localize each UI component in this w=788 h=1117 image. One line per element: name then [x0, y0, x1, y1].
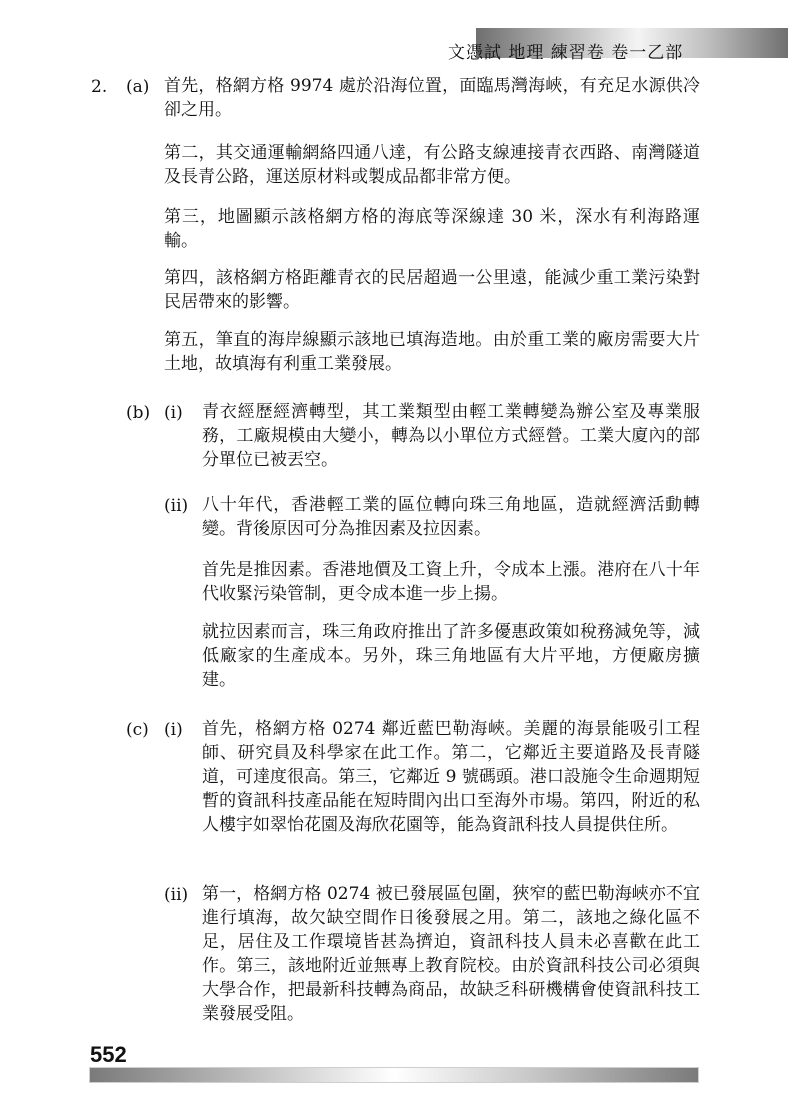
answer-a-paragraph-3: 第三，地圖顯示該格網方格的海底等深線達 30 米，深水有利海路運輸。 [164, 205, 700, 253]
answer-c-ii-paragraph-1: 第一，格網方格 0274 被已發展區包圍，狹窄的藍巴勒海峽亦不宜進行填海，故欠缺… [202, 882, 700, 1026]
answer-a-paragraph-2: 第二，其交通運輸網絡四通八達，有公路支線連接青衣西路、南灣隧道及長青公路，運送原… [164, 141, 700, 189]
answer-b-ii-paragraph-1: 八十年代，香港輕工業的區位轉向珠三角地區，造就經濟活動轉變。背後原因可分為推因素… [202, 493, 700, 541]
answer-b-ii-paragraph-3: 就拉因素而言，珠三角政府推出了許多優惠政策如稅務減免等，減低廠家的生產成本。另外… [202, 620, 700, 692]
part-label-c: (c) [126, 720, 149, 740]
part-label-a: (a) [126, 77, 149, 97]
subpart-label-b-ii: (ii) [164, 496, 188, 516]
answer-b-ii-paragraph-2: 首先是推因素。香港地價及工資上升，令成本上漲。港府在八十年代收緊污染管制，更令成… [202, 558, 700, 606]
answer-b-i-paragraph-1: 青衣經歷經濟轉型，其工業類型由輕工業轉變為辦公室及專業服務，工廠規模由大變小，轉… [202, 400, 700, 472]
answer-a-paragraph-4: 第四，該格網方格距離青衣的民居超過一公里遠，能減少重工業污染對民居帶來的影響。 [164, 266, 700, 314]
part-label-b: (b) [126, 403, 150, 423]
subpart-label-c-i: (i) [164, 720, 183, 740]
answer-c-i-paragraph-1: 首先，格網方格 0274 鄰近藍巴勒海峽。美麗的海景能吸引工程師、研究員及科學家… [202, 717, 700, 837]
subpart-label-c-ii: (ii) [164, 885, 188, 905]
subpart-label-b-i: (i) [164, 403, 183, 423]
footer-gradient-bar [89, 1067, 699, 1083]
answer-a-paragraph-1: 首先，格網方格 9974 處於沿海位置，面臨馬灣海峽，有充足水源供冷卻之用。 [164, 74, 700, 122]
running-header-title: 文憑試 地理 練習卷 卷一乙部 [448, 38, 683, 63]
question-number: 2. [91, 77, 107, 97]
answer-a-paragraph-5: 第五，筆直的海岸線顯示該地已填海造地。由於重工業的廠房需要大片土地，故填海有利重… [164, 328, 700, 376]
page-number: 552 [90, 1042, 127, 1068]
